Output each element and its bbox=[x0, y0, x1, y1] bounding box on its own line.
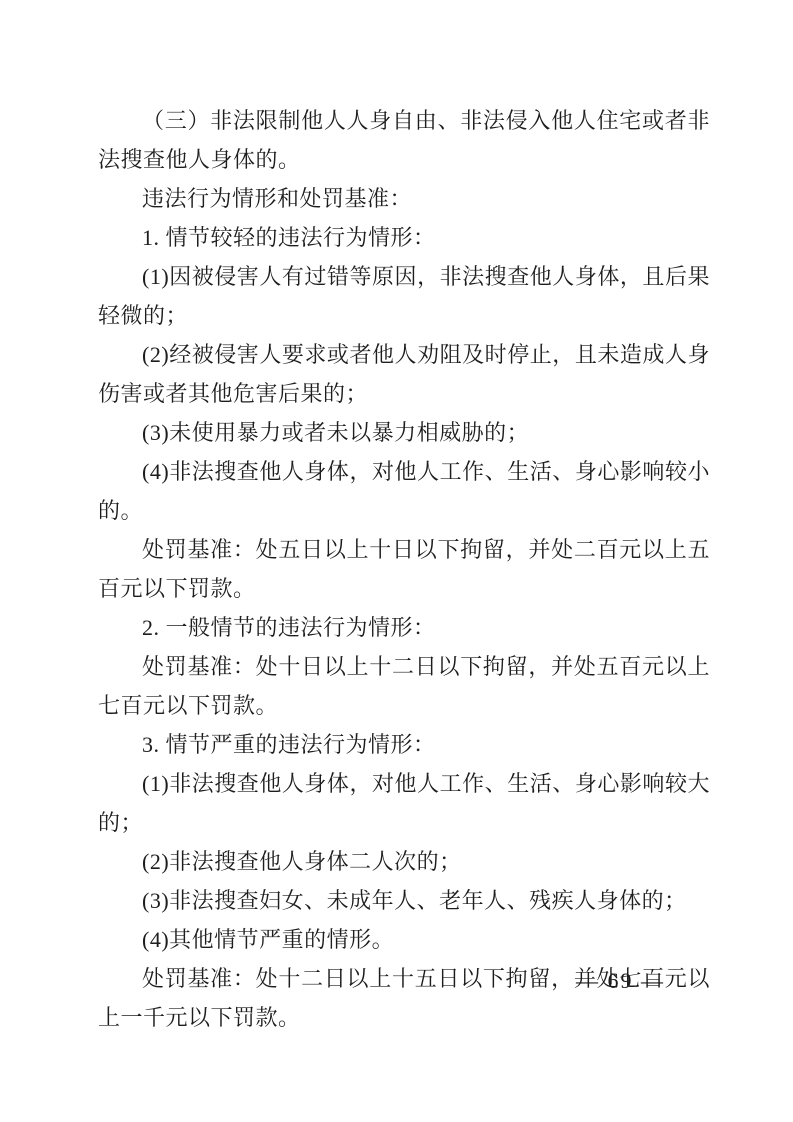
general-circumstances-title: 2. 一般情节的违法行为情形： bbox=[98, 608, 710, 647]
document-page: （三）非法限制他人人身自由、非法侵入他人住宅或者非法搜查他人身体的。 违法行为情… bbox=[0, 0, 793, 1122]
minor-item-3: (3)未使用暴力或者未以暴力相威胁的； bbox=[98, 413, 710, 452]
minor-circumstances-title: 1. 情节较轻的违法行为情形： bbox=[98, 218, 710, 257]
serious-item-1: (1)非法搜查他人身体，对他人工作、生活、身心影响较大的； bbox=[98, 764, 710, 842]
serious-item-4: (4)其他情节严重的情形。 bbox=[98, 920, 710, 959]
minor-item-1: (1)因被侵害人有过错等原因，非法搜查他人身体，且后果轻微的； bbox=[98, 257, 710, 335]
minor-item-2: (2)经被侵害人要求或者他人劝阻及时停止，且未造成人身伤害或者其他危害后果的； bbox=[98, 335, 710, 413]
item-3-heading: （三）非法限制他人人身自由、非法侵入他人住宅或者非法搜查他人身体的。 bbox=[98, 101, 710, 179]
serious-circumstances-title: 3. 情节严重的违法行为情形： bbox=[98, 725, 710, 764]
page-number: — 69 — bbox=[576, 966, 665, 996]
serious-item-3: (3)非法搜查妇女、未成年人、老年人、残疾人身体的； bbox=[98, 881, 710, 920]
document-body: （三）非法限制他人人身自由、非法侵入他人住宅或者非法搜查他人身体的。 违法行为情… bbox=[98, 101, 710, 1037]
minor-item-4: (4)非法搜查他人身体，对他人工作、生活、身心影响较小的。 bbox=[98, 452, 710, 530]
standards-intro: 违法行为情形和处罚基准： bbox=[98, 179, 710, 218]
general-penalty: 处罚基准：处十日以上十二日以下拘留，并处五百元以上七百元以下罚款。 bbox=[98, 647, 710, 725]
minor-penalty: 处罚基准：处五日以上十日以下拘留，并处二百元以上五百元以下罚款。 bbox=[98, 530, 710, 608]
serious-item-2: (2)非法搜查他人身体二人次的； bbox=[98, 842, 710, 881]
